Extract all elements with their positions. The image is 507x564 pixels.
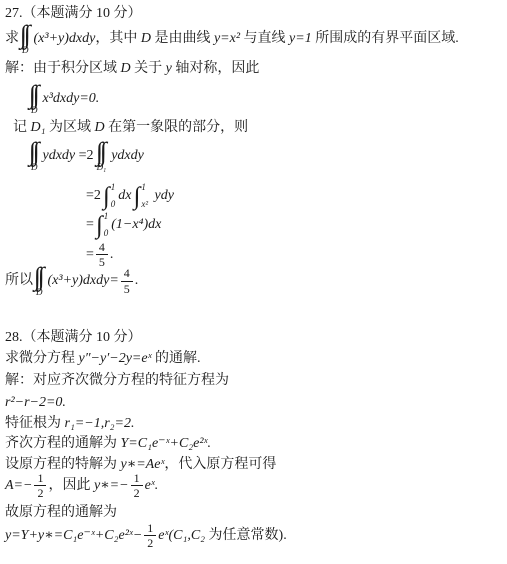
p28-a-text: ，因此 [48,477,94,495]
p27-stmt-prefix: 求 [5,30,19,48]
p27-eq2a-lhs: ydxdy [43,147,76,165]
p27-concl-period: . [135,272,139,290]
integral-domain-label: D [22,45,29,56]
p27-eq-inner-evaluated: = ∫ 1 0 (1−x⁴)dx [86,211,161,239]
double-integral-D: ∫∫ D [31,139,38,173]
double-integral-D: ∫∫ D [36,264,43,298]
p28-stmt-ode: y″−y′−2y=eˣ [79,350,152,368]
p27-stmt-integrand: (x³+y)dxdy [34,30,96,48]
upper-limit: 1 [111,182,116,193]
p28-coefficient-line: A=− 1 2 ，因此 y∗=− 1 2 eˣ. [5,471,158,501]
double-integral-D: ∫∫ D [31,82,38,116]
p28-stmt-text-1: 求微分方程 [5,350,79,368]
lower-limit: 0 [104,228,109,239]
p27-rn-text-1: 记 [13,119,31,137]
fraction-denominator: 5 [121,282,133,296]
fraction-4-5: 4 5 [121,266,133,296]
p28-homo-text: 齐次方程的通解为 [5,435,121,453]
p27-eq-odd-term: ∫∫ D x³dxdy=0. [28,82,99,116]
p27-sol-text-2: 关于 [131,60,166,78]
lower-limit: x² [141,199,148,210]
fraction-numerator: 1 [131,471,143,486]
p28-stmt-text-2: 的通解. [152,350,201,368]
p27-eq2b-equals: =2 [86,187,101,205]
p27-concl-text: 所以 [5,272,33,290]
p27-eq2d-equals: = [86,246,94,264]
math-solutions-document: 27.（本题满分 10 分） 求 ∫∫ D (x³+y)dxdy ，其中 D 是… [0,0,507,564]
p28-a-ex: eˣ. [145,477,159,495]
definite-integral-0-1: ∫ 1 0 [103,182,115,210]
fraction-denominator: 2 [34,486,46,500]
p27-eq2b-ydy: ydy [151,187,174,205]
fraction-denominator: 2 [144,536,156,550]
p27-eq-iterated-step: =2 ∫ 1 0 dx ∫ 1 x² ydy [86,182,174,210]
p27-stmt-curve-eq: y=x² [214,30,240,48]
integral-domain-label: D [31,105,38,116]
p27-solution-intro: 解：由于积分区域 D 关于 y 轴对称，因此 [5,60,259,78]
p27-eq2d-period: . [110,246,114,264]
p27-sol-text-1: 解：由于积分区域 [5,60,121,78]
p27-eq2c-equals: = [86,216,94,234]
integral-glyph: ∫ [133,184,140,209]
p27-eq2b-dx: dx [118,187,131,205]
integral-domain-label: D [31,162,38,173]
integral-domain-label: D₁ [97,162,107,173]
fraction-numerator: 1 [34,471,46,486]
integral-glyph: ∫ [96,213,103,238]
p28-roots-values: r₁=−1,r₂=2. [65,415,135,433]
fraction-1-2: 1 2 [131,471,143,501]
p27-eq2a-rhs: ydxdy [111,147,144,165]
p28-header: 28.（本题满分 10 分） [5,329,142,347]
p27-eq2c-integrand: (1−x⁴)dx [111,216,161,234]
p27-statement: 求 ∫∫ D (x³+y)dxdy ，其中 D 是由曲线 y=x² 与直线 y=… [5,22,459,56]
integral-glyph: ∫ [103,184,110,209]
p28-final-formula-2: eˣ(C₁,C₂ [158,527,208,545]
p28-char-eq: r²−r−2=0. [5,394,66,412]
p27-concl-expression: (x³+y)dxdy= [48,272,119,290]
p28-homogeneous-solution: 齐次方程的通解为 Y=C₁e⁻ˣ+C₂e²ˣ. [5,435,211,453]
p27-stmt-line-eq: y=1 [289,30,312,48]
double-integral-D1: ∫∫ D₁ [97,139,107,173]
p27-stmt-text-2: 是由曲线 [151,30,214,48]
p27-stmt-text-1: ，其中 [95,30,141,48]
p27-rn-var-D: D [94,119,104,137]
p27-eq2a-equals: =2 [75,147,93,165]
p27-rn-text-2: 为区域 [45,119,94,137]
p28-statement: 求微分方程 y″−y′−2y=eˣ 的通解. [5,350,201,368]
fraction-numerator: 1 [144,521,156,536]
p28-solution-intro: 解：对应齐次微分方程的特征方程为 [5,372,229,390]
p28-homo-formula: Y=C₁e⁻ˣ+C₂e²ˣ. [121,435,212,453]
p28-conclusion-intro: 故原方程的通解为 [5,504,117,522]
upper-limit: 1 [141,182,146,193]
definite-integral-x2-1: ∫ 1 x² [133,182,148,210]
p27-stmt-text-4: 所围成的有界平面区域. [312,30,459,48]
fraction-1-2: 1 2 [34,471,46,501]
double-integral-D: ∫∫ D [22,22,29,56]
definite-integral-0-1: ∫ 1 0 [96,211,108,239]
p27-conclusion: 所以 ∫∫ D (x³+y)dxdy= 4 5 . [5,264,138,298]
p28-part-text-2: ，代入原方程可得 [164,456,276,474]
p27-eq-symmetry-step: ∫∫ D ydxdy =2 ∫∫ D₁ ydxdy [28,139,144,173]
upper-limit: 1 [104,211,109,222]
p28-sol-text: 解：对应齐次微分方程的特征方程为 [5,372,229,390]
p28-final-text: 为任意常数). [209,527,287,545]
integral-domain-label: D [36,287,43,298]
p28-characteristic-equation: r²−r−2=0. [5,394,66,412]
p27-eq1-body: x³dxdy=0. [43,90,100,108]
p28-header-text: 28.（本题满分 10 分） [5,329,142,347]
p27-region-note: 记 D₁ 为区域 D 在第一象限的部分，则 [13,119,248,137]
p27-sol-text-3: 轴对称，因此 [172,60,260,78]
integral-limits: 1 x² [141,182,148,210]
p27-stmt-text-3: 与直线 [240,30,289,48]
p27-rn-var-D1: D₁ [31,119,46,137]
p28-concl-intro-text: 故原方程的通解为 [5,504,117,522]
p28-A-equals: A=− [5,477,32,495]
fraction-numerator: 4 [96,240,108,255]
p27-sol-var-D: D [121,60,131,78]
p28-final-formula-1: y=Y+y∗=C₁e⁻ˣ+C₂e²ˣ− [5,527,142,545]
lower-limit: 0 [111,199,116,210]
p27-rn-text-3: 在第一象限的部分，则 [105,119,249,137]
fraction-denominator: 2 [131,486,143,500]
integral-limits: 1 0 [104,211,109,239]
integral-limits: 1 0 [111,182,116,210]
fraction-numerator: 4 [121,266,133,281]
p27-stmt-var-D: D [141,30,151,48]
p28-ystar-equals: y∗=− [94,477,129,495]
p28-roots-text: 特征根为 [5,415,65,433]
p28-general-solution: y=Y+y∗=C₁e⁻ˣ+C₂e²ˣ− 1 2 eˣ(C₁,C₂ 为任意常数). [5,521,287,551]
fraction-1-2: 1 2 [144,521,156,551]
p28-roots: 特征根为 r₁=−1,r₂=2. [5,415,134,433]
